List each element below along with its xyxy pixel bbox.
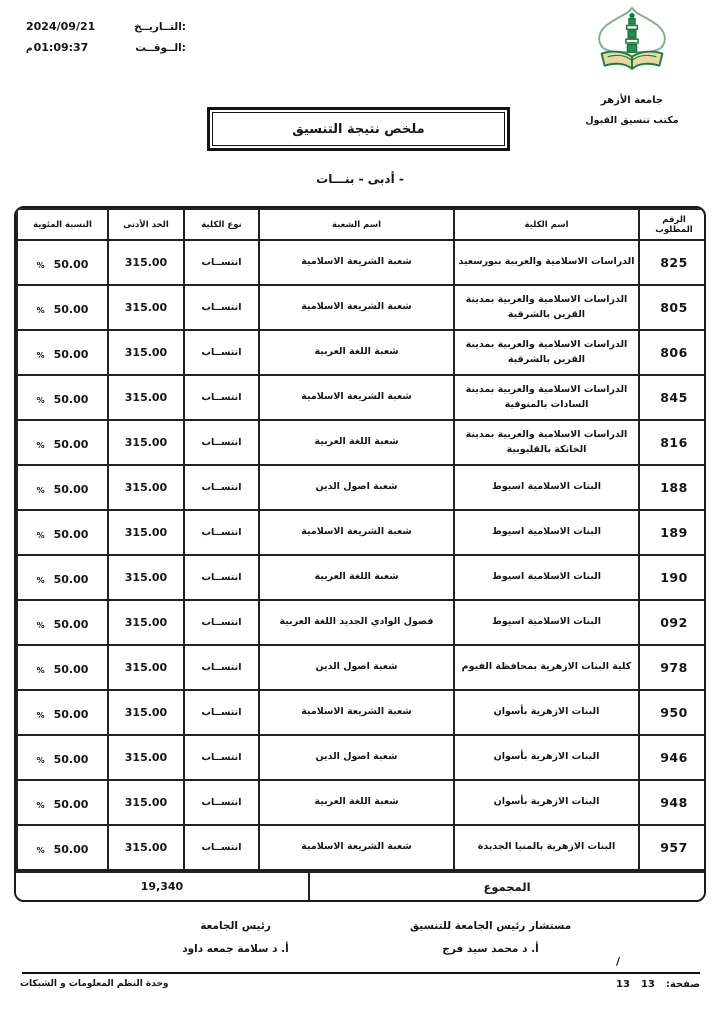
cell-code: 806 xyxy=(639,330,706,375)
cell-code: 825 xyxy=(639,240,706,285)
cell-branch-name: شعبة الشريعة الاسلامية xyxy=(259,510,454,555)
cell-college-type: انتســاب xyxy=(184,330,259,375)
signature-president-title: رئيس الجامعة xyxy=(128,920,343,932)
time-label: الــوقــت: xyxy=(135,42,186,54)
table-body: 825 الدراسات الاسلامية والعربية ببورسعيد… xyxy=(17,240,706,870)
cell-college-type: انتســاب xyxy=(184,780,259,825)
cell-minimum-score: 315.00 xyxy=(108,285,184,330)
table-row: 948 البنات الازهرية بأسوان شعبة اللغة ال… xyxy=(17,780,706,825)
table-row: 816 الدراسات الاسلامية والعربية بمدينة ا… xyxy=(17,420,706,465)
cell-college-type: انتســاب xyxy=(184,285,259,330)
total-row: المجموع 19,340 xyxy=(16,871,704,900)
percent-icon: % xyxy=(37,711,45,720)
cell-branch-name: شعبة اللغة العربية xyxy=(259,780,454,825)
cell-college-name: الدراسات الاسلامية والعربية بمدينة القري… xyxy=(454,285,639,330)
cell-college-type: انتســاب xyxy=(184,825,259,870)
cell-branch-name: شعبة الشريعة الاسلامية xyxy=(259,825,454,870)
cell-code: 188 xyxy=(639,465,706,510)
cell-college-name: البنات الازهرية بأسوان xyxy=(454,735,639,780)
cell-branch-name: شعبة اصول الدين xyxy=(259,645,454,690)
cell-percentage: % 50.00 xyxy=(17,600,108,645)
signature-coordinator-title: مستشار رئيس الجامعة للتنسيق xyxy=(383,920,598,932)
page-current: 13 xyxy=(616,979,630,990)
page-separator: / xyxy=(616,955,620,968)
report-title-inner: ملخص نتيجة التنسيق xyxy=(212,112,505,146)
it-unit-label: وحدة النظم المعلومات و الشبكات xyxy=(20,979,169,989)
table-row: 188 البنات الاسلامية اسيوط شعبة اصول الد… xyxy=(17,465,706,510)
table-row: 190 البنات الاسلامية اسيوط شعبة اللغة ال… xyxy=(17,555,706,600)
cell-percentage: % 50.00 xyxy=(17,510,108,555)
cell-minimum-score: 315.00 xyxy=(108,780,184,825)
cell-college-name: البنات الاسلامية اسيوط xyxy=(454,510,639,555)
percent-icon: % xyxy=(37,666,45,675)
percent-icon: % xyxy=(37,261,45,270)
cell-code: 190 xyxy=(639,555,706,600)
table-row: 946 البنات الازهرية بأسوان شعبة اصول الد… xyxy=(17,735,706,780)
cell-branch-name: فصول الوادي الجديد اللغة العربية xyxy=(259,600,454,645)
table-row: 806 الدراسات الاسلامية والعربية بمدينة ا… xyxy=(17,330,706,375)
table-header-row: الرقم المطلوب اسم الكلية اسم الشعبة نوع … xyxy=(17,209,706,240)
header-type: نوع الكلية xyxy=(184,209,259,240)
cell-code: 816 xyxy=(639,420,706,465)
table-row: 978 كلية البنات الازهرية بمحافظة الفيوم … xyxy=(17,645,706,690)
date-value: 2024/09/21 xyxy=(26,20,95,33)
cell-percentage: % 50.00 xyxy=(17,690,108,735)
cell-minimum-score: 315.00 xyxy=(108,690,184,735)
al-azhar-emblem-icon xyxy=(566,6,698,86)
cell-percentage: % 50.00 xyxy=(17,240,108,285)
header-college: اسم الكلية xyxy=(454,209,639,240)
signature-coordinator: مستشار رئيس الجامعة للتنسيق أ. د محمد سي… xyxy=(383,920,598,955)
cell-college-type: انتســاب xyxy=(184,600,259,645)
table-row: 825 الدراسات الاسلامية والعربية ببورسعيد… xyxy=(17,240,706,285)
percent-icon: % xyxy=(37,576,45,585)
cell-college-name: البنات الازهرية بأسوان xyxy=(454,780,639,825)
total-label: المجموع xyxy=(308,873,704,900)
cell-college-type: انتســاب xyxy=(184,240,259,285)
cell-college-type: انتســاب xyxy=(184,465,259,510)
cell-minimum-score: 315.00 xyxy=(108,420,184,465)
cell-college-name: البنات الاسلامية اسيوط xyxy=(454,600,639,645)
cell-college-type: انتســاب xyxy=(184,555,259,600)
cell-percentage: % 50.00 xyxy=(17,375,108,420)
time-value: م01:09:37 xyxy=(26,41,88,54)
cell-branch-name: شعبة اصول الدين xyxy=(259,465,454,510)
cell-minimum-score: 315.00 xyxy=(108,600,184,645)
table-row: 845 الدراسات الاسلامية والعربية بمدينة ا… xyxy=(17,375,706,420)
cell-percentage: % 50.00 xyxy=(17,780,108,825)
page-total: 13 xyxy=(641,979,655,990)
cell-minimum-score: 315.00 xyxy=(108,465,184,510)
cell-college-name: الدراسات الاسلامية والعربية بمدينة الخان… xyxy=(454,420,639,465)
cell-percentage: % 50.00 xyxy=(17,645,108,690)
date-label: التــاريــخ: xyxy=(134,21,186,33)
cell-code: 845 xyxy=(639,375,706,420)
time-digits: 01:09:37 xyxy=(34,41,89,54)
report-title: ملخص نتيجة التنسيق xyxy=(292,122,424,137)
percent-icon: % xyxy=(37,396,45,405)
cell-college-type: انتســاب xyxy=(184,735,259,780)
time-row: الــوقــت: م01:09:37 xyxy=(26,41,186,62)
cell-college-type: انتســاب xyxy=(184,375,259,420)
table-row: 189 البنات الاسلامية اسيوط شعبة الشريعة … xyxy=(17,510,706,555)
results-table: الرقم المطلوب اسم الكلية اسم الشعبة نوع … xyxy=(16,208,706,871)
datetime-block: التــاريــخ: 2024/09/21 الــوقــت: م01:0… xyxy=(26,20,186,62)
results-table-frame: الرقم المطلوب اسم الكلية اسم الشعبة نوع … xyxy=(14,206,706,902)
time-meridiem: م xyxy=(26,44,33,54)
cell-percentage: % 50.00 xyxy=(17,465,108,510)
cell-percentage: % 50.00 xyxy=(17,825,108,870)
date-row: التــاريــخ: 2024/09/21 xyxy=(26,20,186,41)
header-branch: اسم الشعبة xyxy=(259,209,454,240)
signature-president-name: أ. د سلامة جمعه داود xyxy=(128,943,343,955)
table-row: 957 البنات الازهرية بالمنيا الجديدة شعبة… xyxy=(17,825,706,870)
cell-college-type: انتســاب xyxy=(184,420,259,465)
percent-icon: % xyxy=(37,531,45,540)
percent-icon: % xyxy=(37,441,45,450)
signature-president: رئيس الجامعة أ. د سلامة جمعه داود xyxy=(128,920,343,955)
cell-college-name: البنات الاسلامية اسيوط xyxy=(454,555,639,600)
percent-icon: % xyxy=(37,621,45,630)
cell-minimum-score: 315.00 xyxy=(108,375,184,420)
cell-college-type: انتســاب xyxy=(184,690,259,735)
cell-branch-name: شعبة اللغة العربية xyxy=(259,420,454,465)
cell-college-name: البنات الازهرية بأسوان xyxy=(454,690,639,735)
cell-college-name: الدراسات الاسلامية والعربية ببورسعيد xyxy=(454,240,639,285)
cell-percentage: % 50.00 xyxy=(17,285,108,330)
cell-percentage: % 50.00 xyxy=(17,735,108,780)
cell-minimum-score: 315.00 xyxy=(108,240,184,285)
cell-code: 957 xyxy=(639,825,706,870)
cell-college-type: انتســاب xyxy=(184,510,259,555)
cell-branch-name: شعبة اصول الدين xyxy=(259,735,454,780)
percent-icon: % xyxy=(37,756,45,765)
header-code: الرقم المطلوب xyxy=(639,209,706,240)
cell-code: 092 xyxy=(639,600,706,645)
report-title-box: ملخص نتيجة التنسيق xyxy=(207,107,510,151)
cell-college-name: البنات الازهرية بالمنيا الجديدة xyxy=(454,825,639,870)
cell-college-name: الدراسات الاسلامية والعربية بمدينة القري… xyxy=(454,330,639,375)
header-min: الحد الأدنى xyxy=(108,209,184,240)
footer-divider xyxy=(22,972,700,974)
cell-minimum-score: 315.00 xyxy=(108,555,184,600)
table-row: 950 البنات الازهرية بأسوان شعبة الشريعة … xyxy=(17,690,706,735)
cell-branch-name: شعبة اللغة العربية xyxy=(259,555,454,600)
cell-branch-name: شعبة الشريعة الاسلامية xyxy=(259,375,454,420)
document-page: التــاريــخ: 2024/09/21 الــوقــت: م01:0… xyxy=(0,0,720,1018)
cell-branch-name: شعبة الشريعة الاسلامية xyxy=(259,285,454,330)
cell-code: 950 xyxy=(639,690,706,735)
cell-college-name: كلية البنات الازهرية بمحافظة الفيوم xyxy=(454,645,639,690)
percent-icon: % xyxy=(37,801,45,810)
cell-minimum-score: 315.00 xyxy=(108,735,184,780)
cell-minimum-score: 315.00 xyxy=(108,645,184,690)
cell-code: 805 xyxy=(639,285,706,330)
cell-percentage: % 50.00 xyxy=(17,330,108,375)
table-row: 092 البنات الاسلامية اسيوط فصول الوادي ا… xyxy=(17,600,706,645)
page-info: صفحة: 13 13 xyxy=(616,979,700,990)
office-name: مكتب تنسيق القبول xyxy=(566,115,698,126)
cell-college-name: الدراسات الاسلامية والعربية بمدينة الساد… xyxy=(454,375,639,420)
table-row: 805 الدراسات الاسلامية والعربية بمدينة ا… xyxy=(17,285,706,330)
cell-college-name: البنات الاسلامية اسيوط xyxy=(454,465,639,510)
cell-percentage: % 50.00 xyxy=(17,420,108,465)
cell-code: 978 xyxy=(639,645,706,690)
percent-icon: % xyxy=(37,846,45,855)
signature-coordinator-name: أ. د محمد سيد فرج xyxy=(383,943,598,955)
page-label: صفحة: xyxy=(666,979,700,990)
cell-code: 948 xyxy=(639,780,706,825)
cell-college-type: انتســاب xyxy=(184,645,259,690)
report-subtitle: - أدبى - بنـــات xyxy=(0,172,720,186)
cell-branch-name: شعبة اللغة العربية xyxy=(259,330,454,375)
cell-minimum-score: 315.00 xyxy=(108,825,184,870)
cell-percentage: % 50.00 xyxy=(17,555,108,600)
university-name: جامعة الأزهر xyxy=(566,95,698,106)
cell-code: 946 xyxy=(639,735,706,780)
cell-minimum-score: 315.00 xyxy=(108,510,184,555)
percent-icon: % xyxy=(37,351,45,360)
percent-icon: % xyxy=(37,306,45,315)
total-value: 19,340 xyxy=(16,873,308,900)
cell-branch-name: شعبة الشريعة الاسلامية xyxy=(259,690,454,735)
cell-code: 189 xyxy=(639,510,706,555)
cell-minimum-score: 315.00 xyxy=(108,330,184,375)
percent-icon: % xyxy=(37,486,45,495)
header-pct: النسبة المئوية xyxy=(17,209,108,240)
cell-branch-name: شعبة الشريعة الاسلامية xyxy=(259,240,454,285)
brand-block: جامعة الأزهر مكتب تنسيق القبول xyxy=(566,6,698,126)
